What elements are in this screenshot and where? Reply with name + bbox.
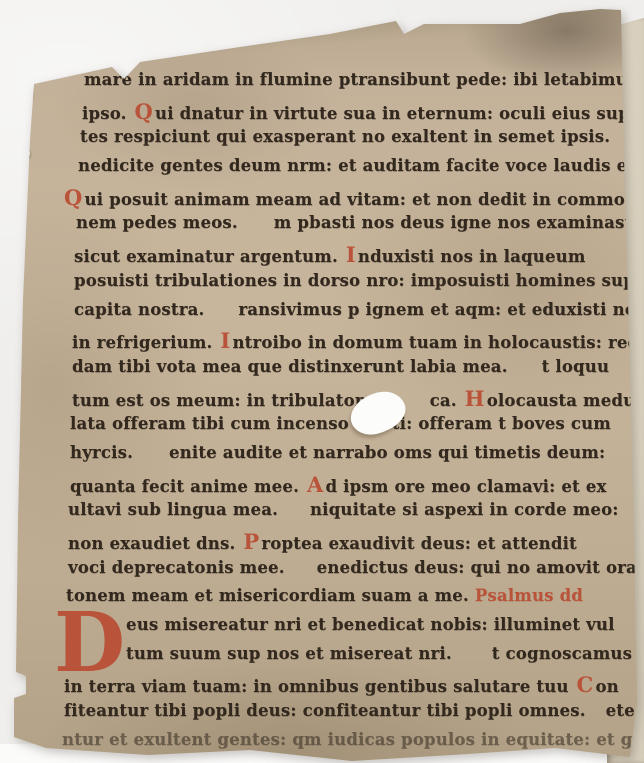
text-line: in refrigerium. Introibo in domum tuam i… — [62, 328, 614, 357]
text-run: olocausta medul — [487, 391, 642, 410]
text-run: tonem meam et misericordiam suam a me. — [66, 586, 475, 605]
gap-spacer — [244, 227, 274, 228]
text-line: ipso. Qui dnatur in virtute sua in etern… — [62, 99, 614, 128]
text-run: ultavi sub lingua mea. — [68, 500, 284, 519]
text-line: in terra viam tuam: in omnibus gentibus … — [62, 672, 614, 701]
text-run: posuisti tribulationes in dorso nro: imp… — [74, 271, 644, 290]
text-line: voci deprecatonis mee. enedictus deus: q… — [62, 558, 614, 587]
text-line: ntur et exultent gentes: qm iudicas popu… — [62, 730, 614, 759]
gap-spacer — [458, 658, 492, 659]
text-line: nem pedes meos. m pbasti nos deus igne n… — [62, 213, 614, 242]
gap-spacer — [616, 141, 644, 142]
gap-spacer — [592, 715, 606, 716]
text-line: mare in aridam in flumine ptransibunt pe… — [62, 70, 614, 99]
gap-spacer — [210, 314, 238, 315]
text-run: hyrcis. — [70, 443, 139, 462]
text-run: niquitate si aspexi in corde meo: — [310, 500, 619, 519]
red-initial: Q — [62, 185, 85, 210]
text-run: t loquu — [542, 357, 610, 376]
text-line: posuisti tribulationes in dorso nro: imp… — [62, 271, 614, 300]
drop-cap-initial: D — [54, 602, 125, 684]
text-run: d ipsm ore meo clamavi: et ex — [325, 477, 606, 496]
text-line: quanta fecit anime mee. Ad ipsm ore meo … — [62, 472, 614, 501]
text-run: in terra viam tuam: in omnibus gentibus … — [64, 677, 575, 696]
rubric-text: Psalmus dd — [475, 586, 583, 605]
text-line: hyrcis. enite audite et narrabo oms qui … — [62, 443, 614, 472]
text-run: tum est os meum: in tribulatone — [72, 391, 384, 410]
text-run: ui dnatur in virtute sua in eternum: ocu… — [155, 104, 644, 123]
text-line: Qui posuit animam meam ad vitam: et non … — [62, 185, 614, 214]
text-line: tum est os meum: in tribulatone ca. Holo… — [62, 386, 614, 415]
text-run: mare in aridam in flumine ptransibunt pe… — [84, 70, 644, 89]
red-initial: H — [463, 386, 487, 411]
text-run: ntroibo in domum tuam in holocaustis: re… — [232, 333, 639, 352]
text-run: capita nostra. — [74, 300, 210, 319]
text-run: ete — [606, 701, 635, 720]
red-initial: Q — [133, 99, 156, 124]
text-run: ipso. — [82, 104, 133, 123]
gap-spacer — [139, 457, 169, 458]
text-run: nem pedes meos. — [76, 213, 244, 232]
parchment-edge-flaw — [23, 85, 32, 101]
manuscript-leaf: mare in aridam in flumine ptransibunt pe… — [0, 0, 644, 763]
text-line: dam tibi vota mea que distinxerunt labia… — [62, 357, 614, 386]
red-initial: P — [241, 529, 261, 554]
text-run: tes respiciunt qui exasperant no exalten… — [80, 127, 616, 146]
text-run: ca. — [430, 391, 463, 410]
manuscript-leaf-wrapper: mare in aridam in flumine ptransibunt pe… — [0, 0, 644, 763]
text-line: fiteantur tibi popli deus: confiteantur … — [62, 701, 614, 730]
text-run: non exaudiet dns. — [68, 534, 241, 553]
text-run: enite audite et narrabo oms qui timetis … — [169, 443, 605, 462]
text-run: lata offeram tibi cum incenso arieti: of… — [70, 414, 611, 433]
text-run: sicut examinatur argentum. — [74, 247, 344, 266]
gap-spacer — [284, 514, 310, 515]
red-initial: A — [305, 472, 326, 497]
red-initial: I — [218, 328, 232, 353]
text-run: on — [595, 677, 618, 696]
text-line: sicut examinatur argentum. Induxisti nos… — [62, 242, 614, 271]
text-line: eus misereatur nri et benedicat nobis: i… — [62, 615, 614, 644]
text-run: ransivimus p ignem et aqm: et eduxisti n… — [238, 300, 636, 319]
text-line: tes respiciunt qui exasperant no exalten… — [62, 127, 614, 156]
text-run: nduxisti nos in laqueum — [358, 247, 586, 266]
text-run: nedicite gentes deum nrm: et auditam fac… — [78, 156, 644, 175]
text-line: tonem meam et misericordiam suam a me. P… — [62, 586, 614, 615]
text-run: tum suum sup nos et misereat nri. — [126, 644, 458, 663]
text-run: m pbasti nos deus igne nos examinasti: — [274, 213, 644, 232]
red-initial: I — [344, 242, 358, 267]
text-block: mare in aridam in flumine ptransibunt pe… — [62, 70, 614, 759]
text-run: enedictus deus: qui no amovit ora — [317, 558, 637, 577]
text-run: voci deprecatonis mee. — [68, 558, 291, 577]
text-line: ultavi sub lingua mea. niquitate si aspe… — [62, 500, 614, 529]
text-run: eus misereatur nri et benedicat nobis: i… — [126, 615, 615, 634]
gap-spacer — [514, 371, 542, 372]
text-line: lata offeram tibi cum incenso arieti: of… — [62, 414, 614, 443]
text-line: tum suum sup nos et misereat nri. t cogn… — [62, 644, 614, 673]
text-line: nedicite gentes deum nrm: et auditam fac… — [62, 156, 614, 185]
text-run: ntur et exultent gentes: qm iudicas popu… — [62, 730, 643, 749]
text-line: capita nostra. ransivimus p ignem et aqm… — [62, 300, 614, 329]
text-run: fiteantur tibi popli deus: confiteantur … — [64, 701, 592, 720]
text-line: non exaudiet dns. Proptea exaudivit deus… — [62, 529, 614, 558]
parchment-edge-flaw — [22, 148, 30, 159]
text-run: dam tibi vota mea que distinxerunt labia… — [72, 357, 514, 376]
red-initial: C — [575, 672, 596, 697]
text-run: quanta fecit anime mee. — [70, 477, 305, 496]
text-run: t cognoscamus — [492, 644, 632, 663]
text-run: roptea exaudivit deus: et attendit — [261, 534, 577, 553]
gap-spacer — [291, 572, 317, 573]
text-run: ui posuit animam meam ad vitam: et non d… — [85, 190, 644, 209]
text-run: in refrigerium. — [72, 333, 218, 352]
